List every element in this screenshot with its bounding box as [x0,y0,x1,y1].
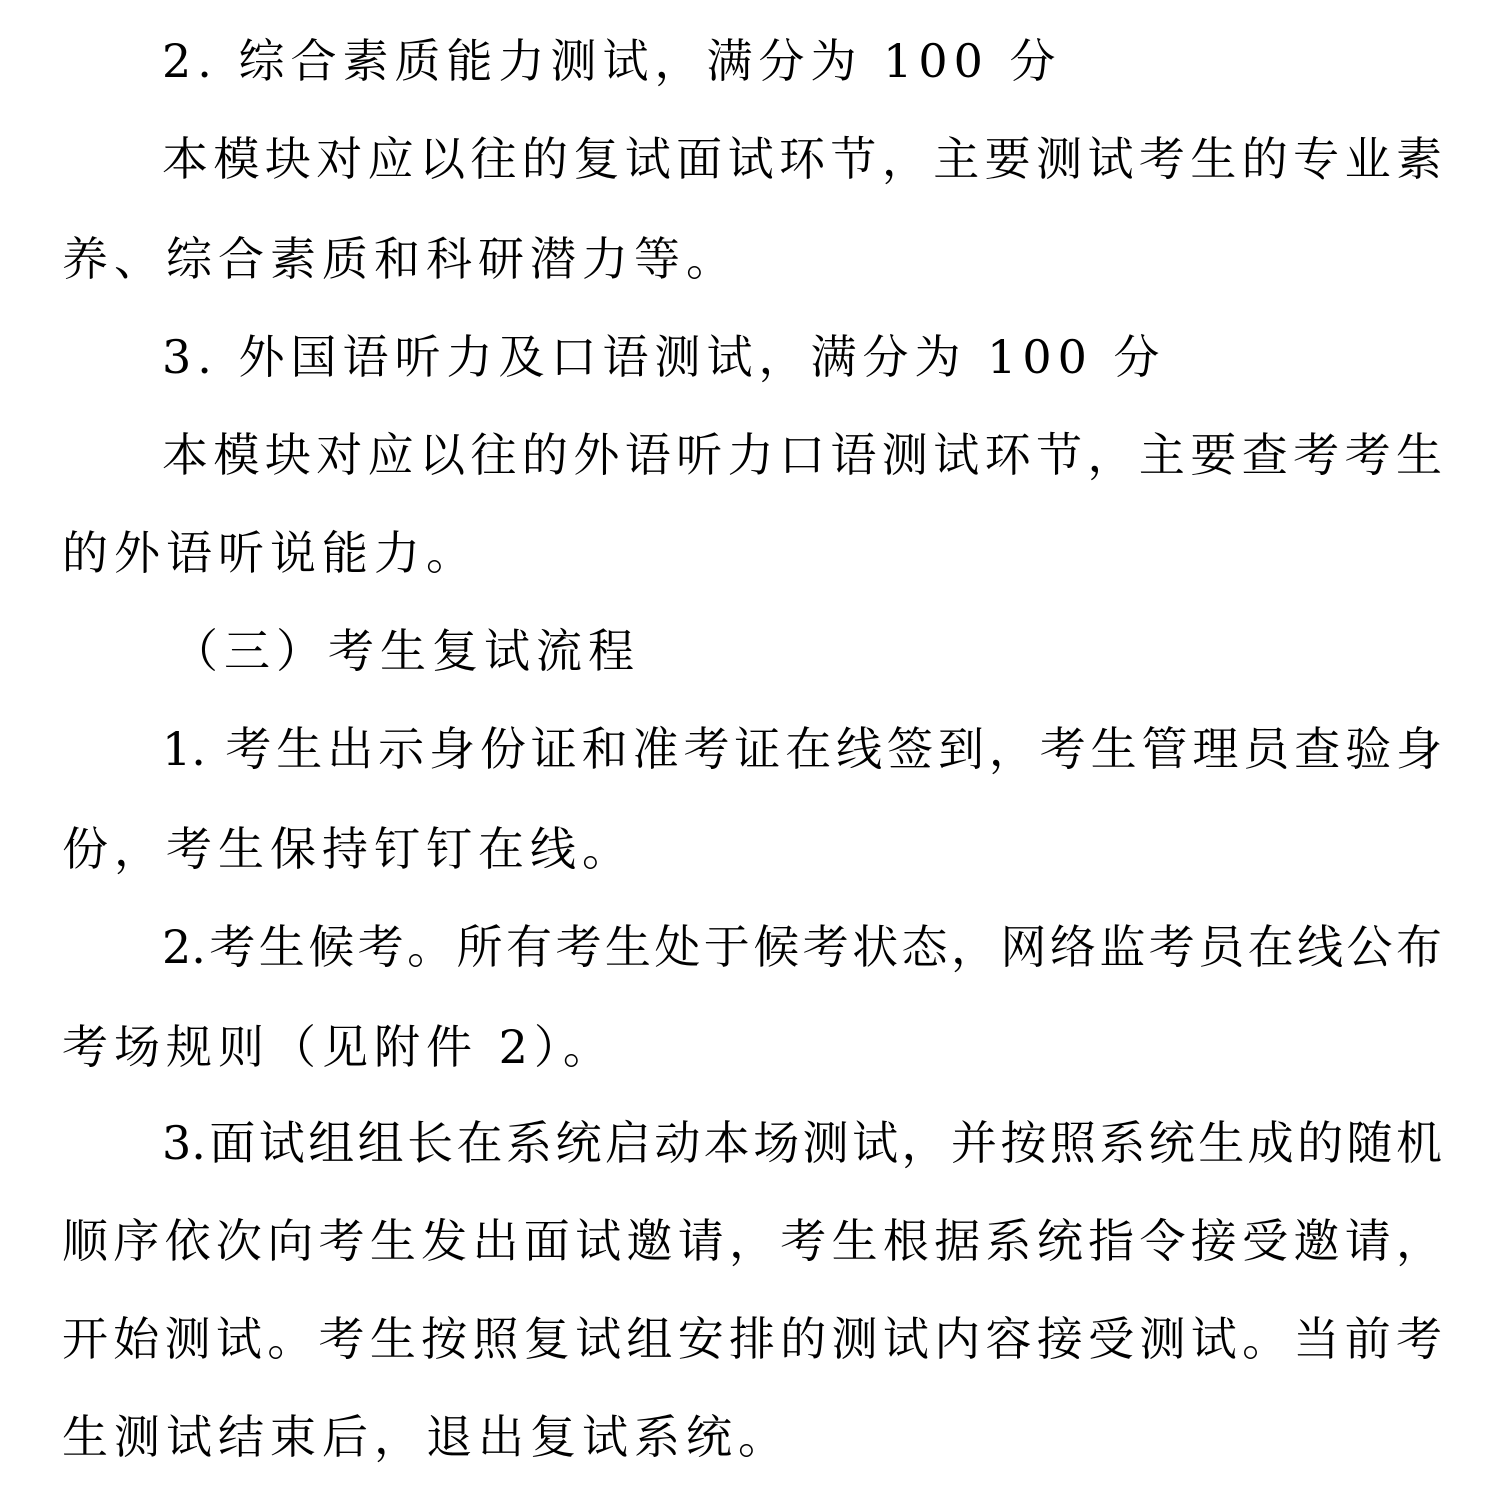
step-2-line-2: 考场规则（见附件 2）。 [62,998,615,1096]
step-1-line-1: 1. 考生出示身份证和准考证在线签到，考生管理员查验身 [162,700,1442,798]
item-3-heading: 3. 外国语听力及口语测试，满分为 100 分 [162,308,1166,406]
step-2-line-1: 2.考生候考。所有考生处于候考状态，网络监考员在线公布 [162,898,1442,996]
step-3-line-3: 开始测试。考生按照复试组安排的测试内容接受测试。当前考 [62,1290,1442,1388]
step-3-line-1: 3.面试组组长在系统启动本场测试，并按照系统生成的随机 [162,1094,1442,1192]
step-1-line-2: 份，考生保持钉钉在线。 [62,800,634,898]
step-3-line-2: 顺序依次向考生发出面试邀请，考生根据系统指令接受邀请， [62,1192,1442,1290]
item-2-description-line-1: 本模块对应以往的复试面试环节，主要测试考生的专业素 [162,110,1442,208]
step-3-line-4: 生测试结束后，退出复试系统。 [62,1388,790,1486]
section-heading-retest-process: （三）考生复试流程 [172,602,640,700]
item-2-description-line-2: 养、综合素质和科研潜力等。 [62,210,738,308]
item-2-heading: 2. 综合素质能力测试，满分为 100 分 [162,12,1062,110]
item-3-description-line-1: 本模块对应以往的外语听力口语测试环节，主要查考考生 [162,406,1442,504]
item-3-description-line-2: 的外语听说能力。 [62,504,478,602]
